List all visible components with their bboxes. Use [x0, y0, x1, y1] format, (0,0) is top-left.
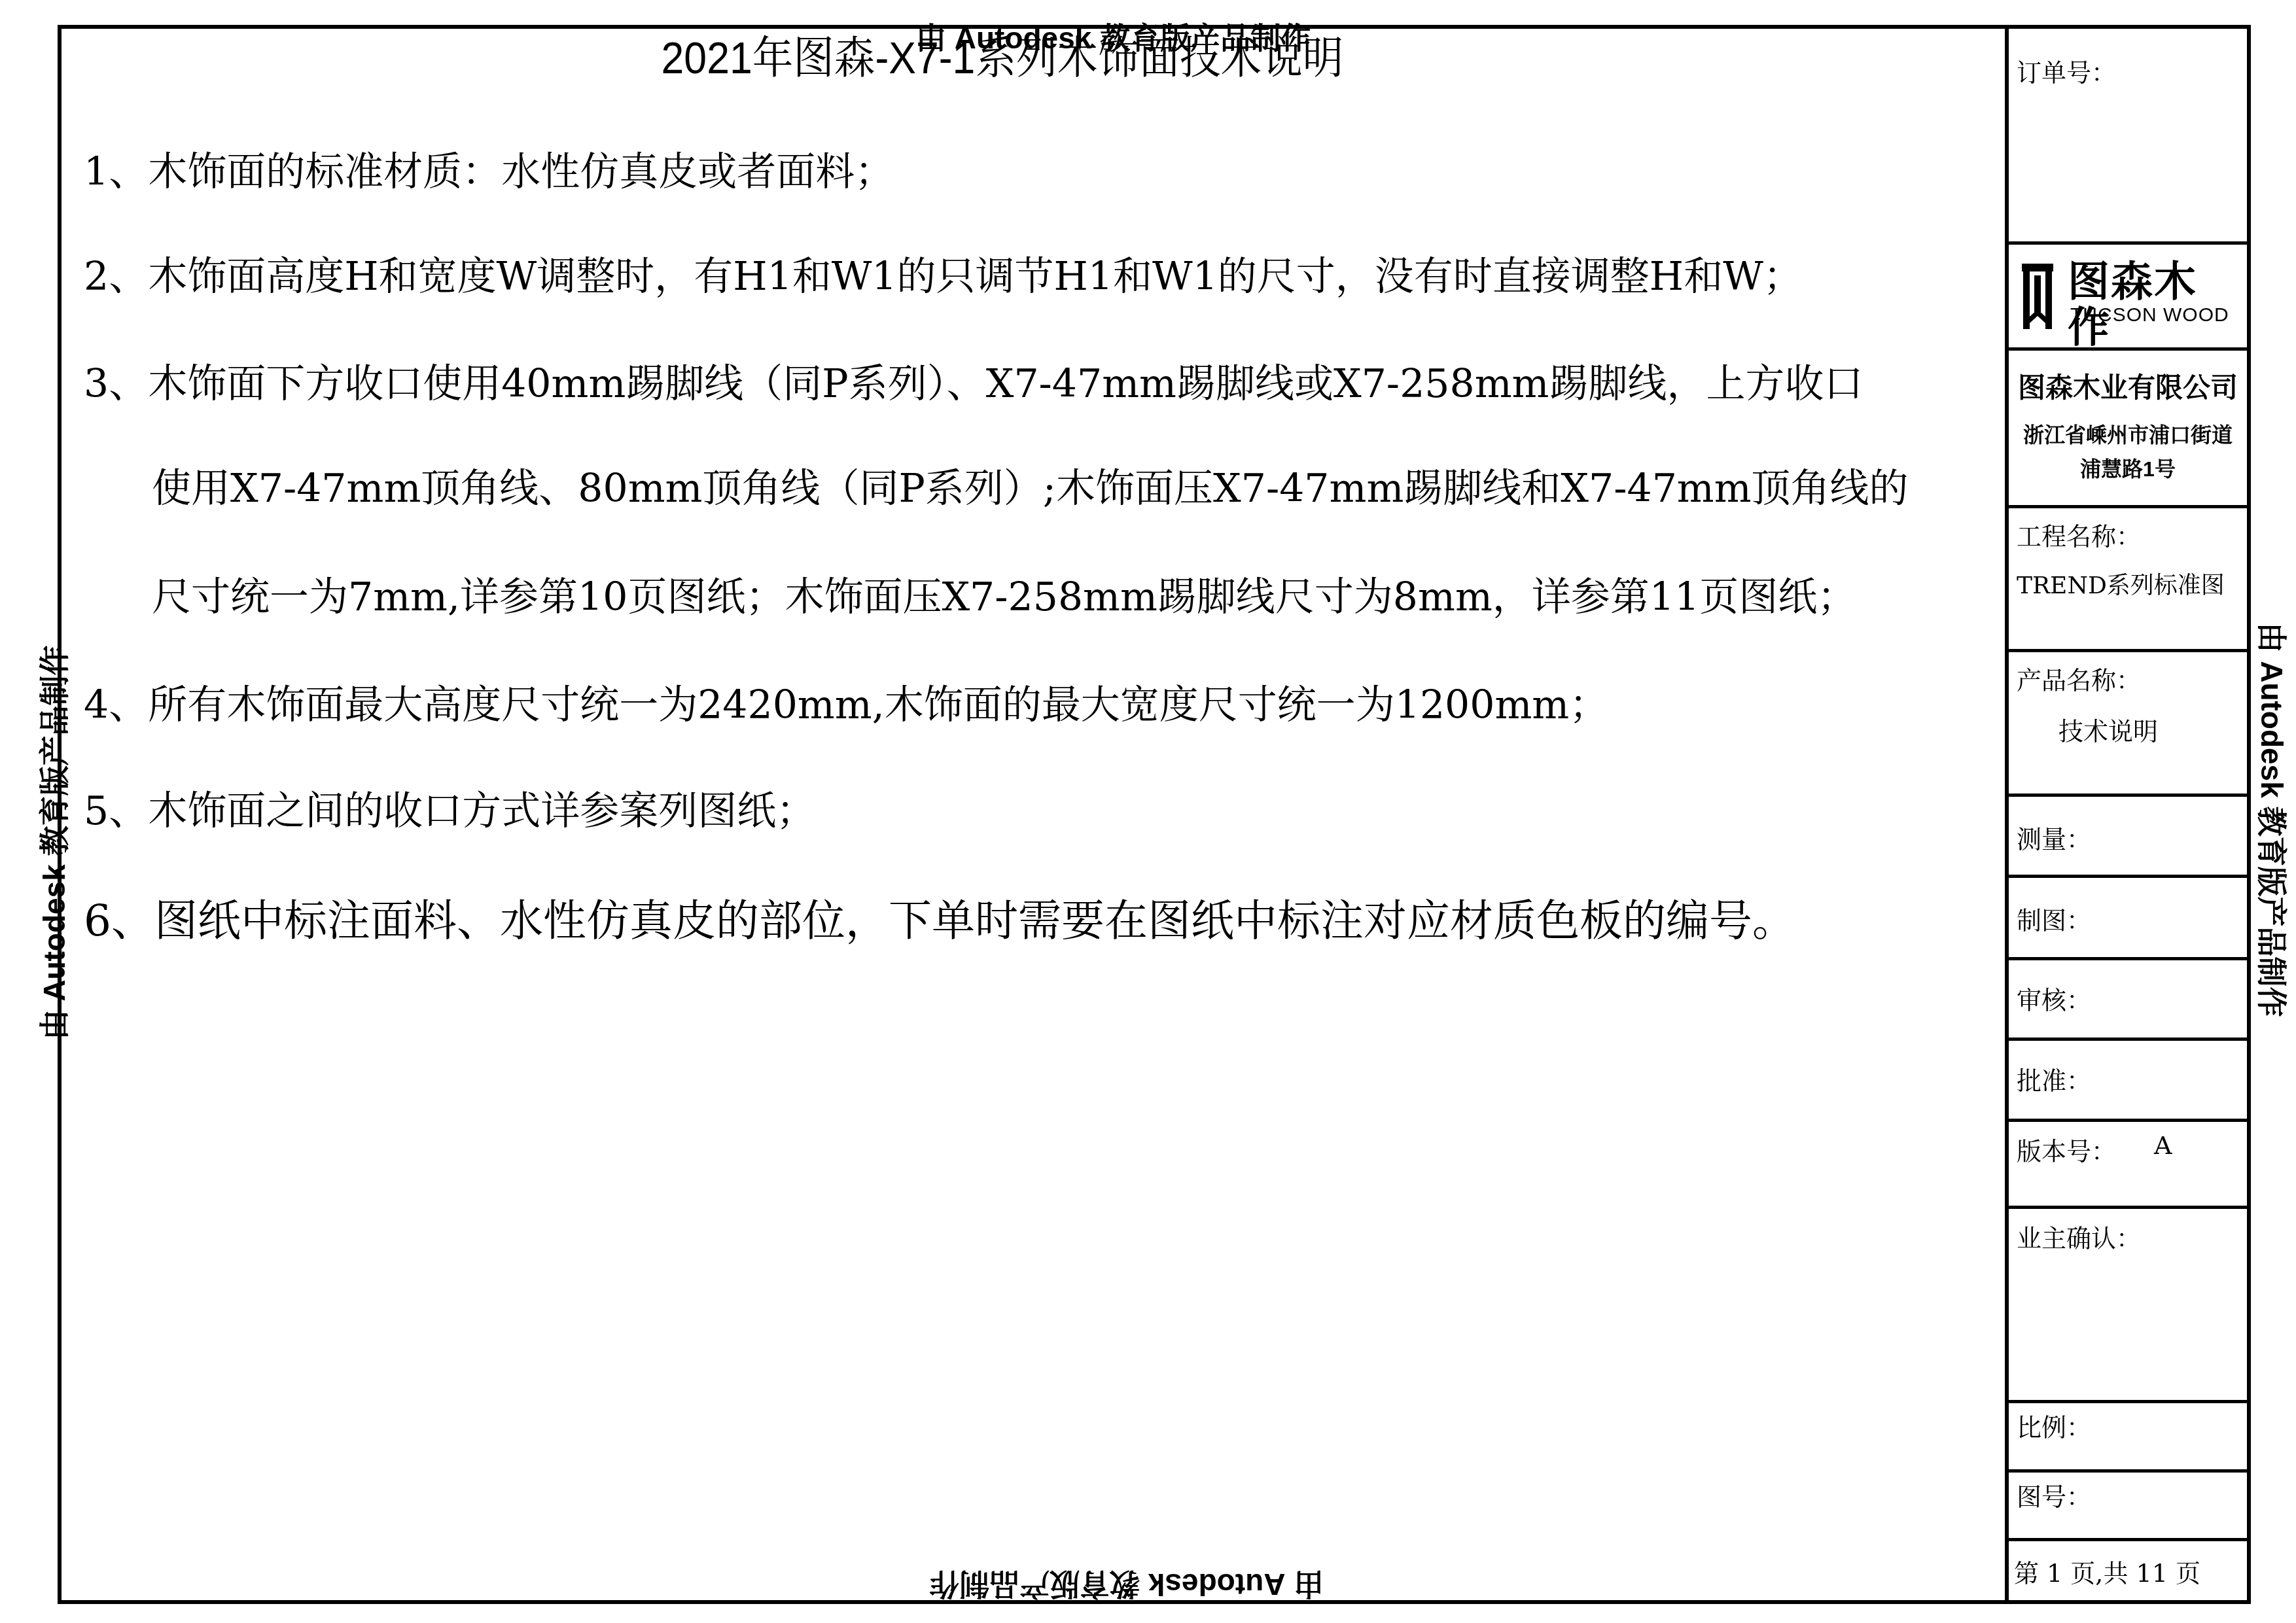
scale-label: 比例：: [2017, 1407, 2091, 1443]
product-cell: 产品名称： 技术说明: [2009, 649, 2247, 794]
drawing-cell: 制图：: [2009, 875, 2247, 957]
approve-label: 批准：: [2017, 1060, 2091, 1096]
owner-confirm-label: 业主确认：: [2017, 1218, 2141, 1254]
watermark-top: 由 Autodesk 教育版产品制作: [916, 14, 1311, 58]
note-item-1: 1、木饰面的标准材质：水性仿真皮或者面料；: [84, 146, 894, 198]
page-info-cell: 第 1 页,共 11 页: [2009, 1538, 2247, 1604]
product-value: 技术说明: [2058, 711, 2158, 747]
drawing-no-cell: 图号：: [2009, 1469, 2247, 1538]
note-item-3-cont-2: 尺寸统一为7mm,详参第10页图纸；木饰面压X7-258mm踢脚线尺寸为8mm，…: [152, 571, 1856, 623]
product-label: 产品名称：: [2017, 660, 2141, 696]
company-logo: 图森木作 TUCSON WOOD: [2022, 258, 2238, 334]
tucson-wood-logo-icon: [2022, 264, 2053, 329]
note-item-5: 5、木饰面之间的收口方式详参案列图纸；: [84, 785, 815, 837]
approve-cell: 批准：: [2009, 1038, 2247, 1119]
note-item-3-cont-1: 使用X7-47mm顶角线、80mm顶角线（同P系列）;木饰面压X7-47mm踢脚…: [152, 462, 1909, 515]
review-cell: 审核：: [2009, 957, 2247, 1038]
watermark-left: 由 Autodesk 教育版产品制作: [31, 601, 74, 1085]
company-address-line1: 浙江省嵊州市浦口街道: [2009, 419, 2247, 449]
note-item-6: 6、图纸中标注面料、水性仿真皮的部位，下单时需要在图纸中标注对应材质色板的编号。: [84, 895, 1795, 947]
project-value: TREND系列标准图: [2017, 567, 2225, 601]
note-item-4: 4、所有木饰面最大高度尺寸统一为2420mm,木饰面的最大宽度尺寸统一为1200…: [84, 679, 1608, 731]
owner-confirm-cell: 业主确认：: [2009, 1206, 2247, 1400]
version-value: A: [2154, 1131, 2172, 1160]
drawing-no-label: 图号：: [2017, 1476, 2091, 1512]
version-cell: 版本号： A: [2009, 1119, 2247, 1206]
drawing-label: 制图：: [2017, 900, 2091, 936]
survey-cell: 测量：: [2009, 794, 2247, 875]
company-name: 图森木业有限公司: [2009, 366, 2247, 406]
order-no-cell: 订单号：: [2009, 25, 2247, 241]
review-label: 审核：: [2017, 980, 2091, 1016]
project-label: 工程名称：: [2017, 516, 2141, 552]
order-no-label: 订单号：: [2017, 52, 2116, 88]
page-info: 第 1 页,共 11 页: [2014, 1553, 2200, 1589]
logo-english-text: TUCSON WOOD: [2070, 304, 2229, 326]
version-label: 版本号：: [2017, 1131, 2116, 1167]
company-address-line2: 浦慧路1号: [2009, 453, 2247, 483]
watermark-right: 由 Autodesk 教育版产品制作: [2252, 578, 2295, 1062]
watermark-bottom: 由 Autodesk 教育版产品制作: [929, 1565, 1324, 1608]
project-cell: 工程名称： TREND系列标准图: [2009, 505, 2247, 649]
survey-label: 测量：: [2017, 819, 2091, 855]
scale-cell: 比例：: [2009, 1400, 2247, 1469]
note-item-2: 2、木饰面高度H和宽度W调整时，有H1和W1的只调节H1和W1的尺寸，没有时直接…: [84, 251, 1803, 303]
note-item-3: 3、木饰面下方收口使用40mm踢脚线（同P系列）、X7-47mm踢脚线或X7-2…: [84, 358, 1863, 410]
